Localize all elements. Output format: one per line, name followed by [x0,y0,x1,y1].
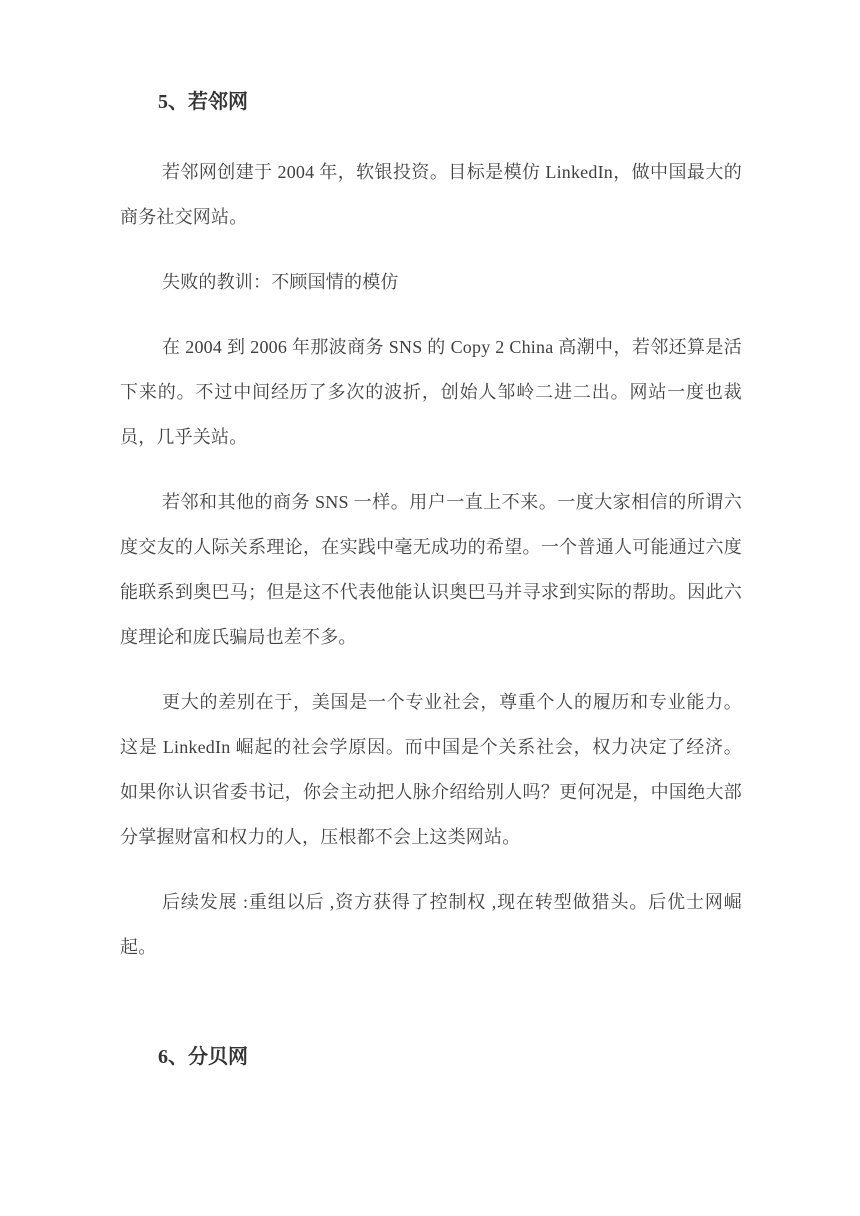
paragraph-failure-lesson: 失败的教训：不顾国情的模仿 [120,260,742,305]
paragraph-follow-up-development: 后续发展 :重组以后 ,资方获得了控制权 ,现在转型做猎头。后优士网崛起。 [120,880,742,970]
paragraph-us-china-difference: 更大的差别在于，美国是一个专业社会，尊重个人的履历和专业能力。这是 Linked… [120,680,742,860]
paragraph-six-degrees-theory: 若邻和其他的商务 SNS 一样。用户一直上不来。一度大家相信的所谓六度交友的人际… [120,480,742,660]
document-page: 5、若邻网 若邻网创建于 2004 年，软银投资。目标是模仿 LinkedIn，… [0,0,860,1216]
heading-section-5-ruolin: 5、若邻网 [120,80,742,125]
document-content: 5、若邻网 若邻网创建于 2004 年，软银投资。目标是模仿 LinkedIn，… [120,0,742,1105]
paragraph-ruolin-intro: 若邻网创建于 2004 年，软银投资。目标是模仿 LinkedIn，做中国最大的… [120,150,742,240]
heading-section-6-fenbei: 6、分贝网 [120,1035,742,1080]
paragraph-copy2china-wave: 在 2004 到 2006 年那波商务 SNS 的 Copy 2 China 高… [120,325,742,460]
